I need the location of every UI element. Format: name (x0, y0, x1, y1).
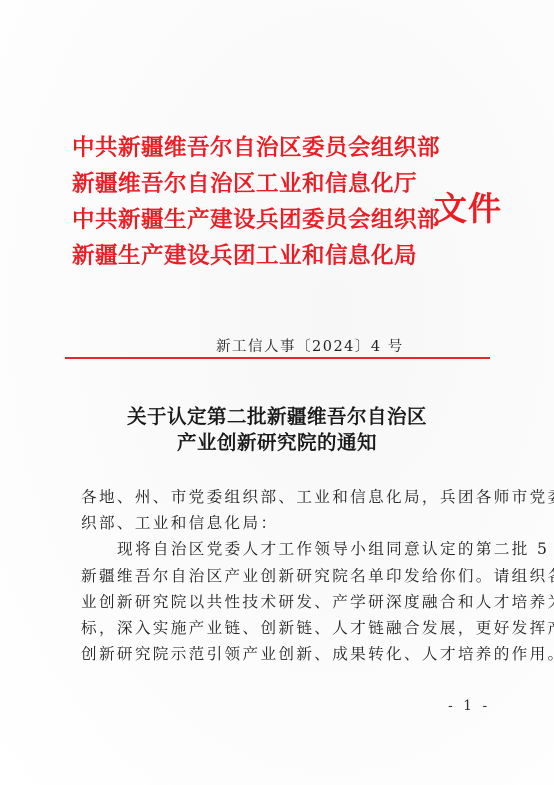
page-number: - 1 - (448, 698, 490, 714)
document-number: 新工信人事〔2024〕4 号 (216, 337, 404, 357)
document-title-line-1: 关于认定第二批新疆维吾尔自治区 (0, 404, 554, 430)
issuer-line: 中共新疆维吾尔自治区委员会组织部 (72, 134, 440, 162)
issuer-line: 新疆维吾尔自治区工业和信息化厅 (72, 170, 417, 198)
red-separator-line (65, 357, 490, 359)
body-line: 现将自治区党委人才工作领导小组同意认定的第二批 5 家 (117, 538, 554, 560)
document-type-label: 文件 (434, 188, 502, 230)
document-page: 中共新疆维吾尔自治区委员会组织部 新疆维吾尔自治区工业和信息化厅 中共新疆生产建… (0, 0, 554, 785)
document-title-line-2: 产业创新研究院的通知 (0, 430, 554, 456)
body-line: 业创新研究院以共性技术研发、产学研深度融合和人才培养为目 (81, 591, 554, 613)
body-line: 织部、工业和信息化局： (81, 512, 278, 534)
body-line: 新疆维吾尔自治区产业创新研究院名单印发给你们。请组织各产 (81, 565, 554, 587)
body-line: 创新研究院示范引领产业创新、成果转化、人才培养的作用。 (81, 643, 554, 665)
issuer-line: 中共新疆生产建设兵团委员会组织部 (72, 206, 440, 234)
issuer-line: 新疆生产建设兵团工业和信息化局 (72, 242, 417, 270)
body-line: 标，深入实施产业链、创新链、人才链融合发展，更好发挥产业 (81, 617, 554, 639)
body-line: 各地、州、市党委组织部、工业和信息化局，兵团各师市党委组 (81, 486, 554, 508)
